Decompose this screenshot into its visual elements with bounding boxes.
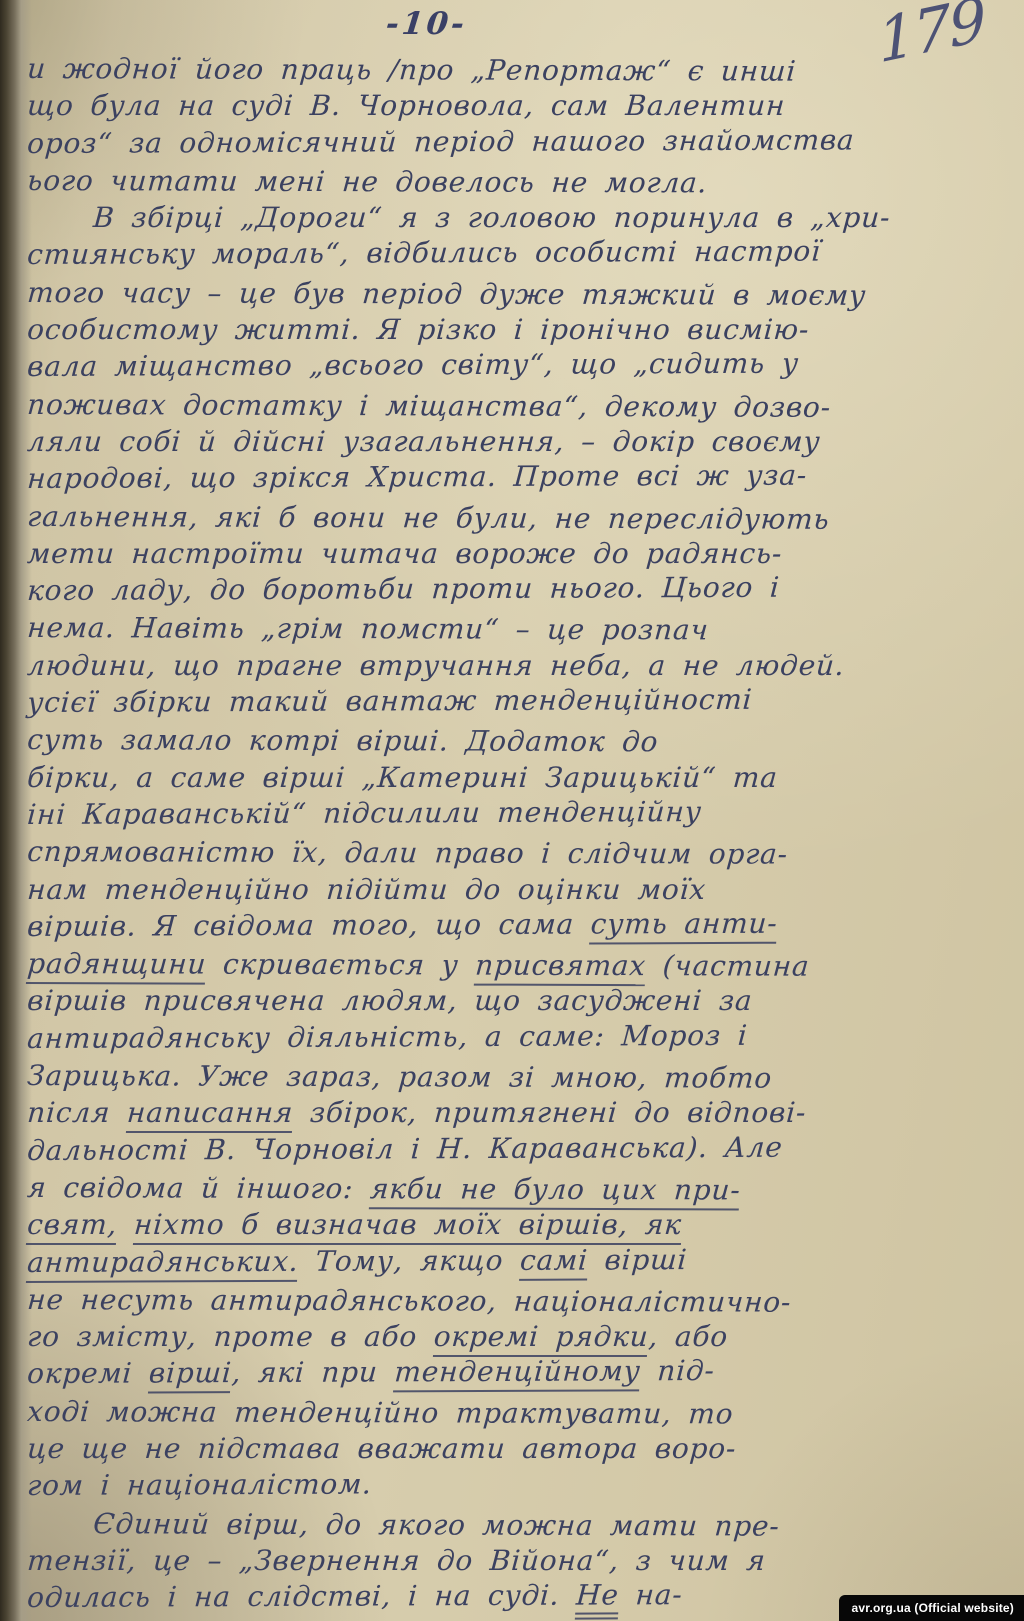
text-segment: особистому житті. Я різко і іронічно вис…	[26, 313, 810, 346]
text-segment: В збірці „Дороги“ я з головою поринула в…	[92, 201, 891, 234]
handwritten-line: нам тенденційно підійти до оцінки моїх	[26, 871, 1014, 908]
handwritten-line: усієї збірки такий вантаж тенденційності	[26, 680, 1014, 722]
handwritten-line: Зарицька. Уже зараз, разом зі мною, тобт…	[26, 1057, 1013, 1098]
text-segment	[116, 1208, 135, 1241]
text-segment: Єдиний вірш, до якого можна мати пре-	[92, 1507, 781, 1542]
text-segment: гом і націоналістом.	[26, 1468, 373, 1503]
text-segment: Не	[575, 1579, 620, 1620]
text-segment: стиянську мораль“, відбились особисті на…	[26, 235, 822, 271]
text-segment: того часу – це був період дуже тяжкий в …	[26, 276, 867, 312]
handwritten-line: це ще не підстава вважати автора воро-	[26, 1430, 1014, 1467]
handwritten-line: В збірці „Дороги“ я з головою поринула в…	[26, 199, 1014, 236]
text-segment: на-	[618, 1578, 684, 1611]
text-segment: якби не було цих при-	[369, 1172, 742, 1210]
text-segment: , які при	[231, 1356, 396, 1390]
handwritten-line: суть замало котрі вірші. Додаток до	[26, 721, 1013, 762]
text-segment: бірки, а саме вірші „Катерині Зарицькій“…	[26, 761, 779, 794]
text-segment: написання	[126, 1096, 295, 1133]
handwritten-line: ього читати мені не довелось не могла.	[26, 162, 1013, 203]
text-segment: кого ладу, до боротьби проти нього. Цьог…	[26, 571, 781, 607]
text-segment: свят,	[26, 1208, 119, 1245]
handwritten-line: після написання збірок, притягнені до ві…	[26, 1094, 1014, 1131]
text-segment: іні Караванській“ підсилили тенденційну	[26, 795, 703, 831]
handwritten-line: антирадянських. Тому, якщо самі вірші	[26, 1239, 1014, 1281]
text-segment: під-	[640, 1354, 716, 1387]
text-segment: після	[26, 1096, 128, 1129]
text-segment: поживах достатку і міщанства“, декому до…	[26, 388, 832, 424]
handwritten-line: дальності В. Чорновіл і Н. Караванська).…	[26, 1127, 1014, 1169]
text-segment: ніхто б визначав моїх віршів, як	[133, 1208, 683, 1245]
text-segment: що була на суді В. Чорновола, сам Валент…	[26, 89, 786, 122]
text-segment: вала міщанство „всього світу“, що „сидит…	[26, 347, 800, 383]
text-segment: я свідома й іншого:	[26, 1171, 371, 1205]
handwritten-line: що була на суді В. Чорновола, сам Валент…	[26, 87, 1014, 124]
text-segment: гальнення, які б вони не були, не пересл…	[26, 500, 831, 536]
text-segment: окремі	[26, 1357, 150, 1391]
handwritten-text-block: и жодної його праць /про „Репортаж“ є ин…	[26, 50, 1011, 1616]
handwritten-line: гальнення, які б вони не були, не пересл…	[26, 498, 1013, 539]
text-segment: Зарицька. Уже зараз, разом зі мною, тобт…	[26, 1059, 773, 1095]
text-segment: людини, що прагне втручання неба, а не л…	[26, 649, 846, 682]
handwritten-line: гом і націоналістом.	[26, 1463, 1014, 1505]
handwritten-line: того часу – це був період дуже тяжкий в …	[26, 274, 1013, 315]
handwritten-line: свят, ніхто б визначав моїх віршів, як	[26, 1206, 1014, 1243]
handwritten-line: ході можна тенденційно трактувати, то	[26, 1393, 1013, 1434]
watermark-label: avr.org.ua (Official website)	[839, 1595, 1024, 1621]
text-segment: не несуть антирадянського, націоналістич…	[26, 1283, 792, 1319]
text-segment: спрямованістю їх, дали право і слідчим о…	[26, 835, 789, 871]
text-segment: вірші	[148, 1356, 233, 1393]
handwritten-line: віршів. Я свідома того, що сама суть ант…	[26, 904, 1014, 946]
handwritten-line: іні Караванській“ підсилили тенденційну	[26, 792, 1014, 834]
text-segment: одилась і на слідстві, і на суді.	[26, 1579, 577, 1614]
text-segment: ляли собі й дійсні узагальнення, – докір…	[26, 425, 822, 458]
text-segment: тензії, це – „Звернення до Війона“, з чи…	[26, 1544, 767, 1577]
handwritten-line: окремі вірші, які при тенденційному під-	[26, 1351, 1014, 1393]
handwritten-line: радянщини скривається у присвятах (части…	[26, 945, 1013, 986]
text-segment: , або	[647, 1320, 729, 1353]
handwritten-line: особистому житті. Я різко і іронічно вис…	[26, 311, 1014, 348]
handwritten-line: бірки, а саме вірші „Катерині Зарицькій“…	[26, 759, 1014, 796]
handwritten-line: народові, що зрікся Христа. Проте всі ж …	[26, 456, 1014, 498]
text-segment: ороз“ за одномісячний період нашого знай…	[26, 123, 855, 160]
handwritten-line: мети настроїти читача вороже до радянсь-	[26, 535, 1014, 572]
text-segment: ході можна тенденційно трактувати, то	[26, 1395, 735, 1430]
handwritten-line: спрямованістю їх, дали право і слідчим о…	[26, 833, 1013, 874]
text-segment: мети настроїти читача вороже до радянсь-	[26, 537, 783, 570]
text-segment: дальності В. Чорновіл і Н. Караванська).…	[26, 1130, 784, 1166]
text-segment: це ще не підстава вважати автора воро-	[26, 1432, 737, 1465]
text-segment: и жодної його праць /про „Репортаж“ є ин…	[26, 52, 797, 88]
document-page: -10- 179 и жодної його праць /про „Репор…	[0, 0, 1024, 1621]
handwritten-line: людини, що прагне втручання неба, а не л…	[26, 647, 1014, 684]
text-segment: нема. Навіть „грім помсти“ – це розпач	[26, 611, 710, 646]
handwritten-line: вала міщанство „всього світу“, що „сидит…	[26, 344, 1014, 386]
text-segment: нам тенденційно підійти до оцінки моїх	[26, 873, 707, 906]
text-segment: скривається у	[205, 948, 476, 982]
text-segment: Тому, якщо	[298, 1243, 522, 1277]
text-segment: (частина	[645, 949, 811, 983]
text-segment: го змісту, проте в або	[26, 1320, 435, 1353]
text-segment: суть анти-	[589, 907, 778, 945]
handwritten-line: не несуть антирадянського, націоналістич…	[26, 1281, 1013, 1322]
text-segment: радянщини	[26, 947, 208, 985]
handwritten-line: и жодної його праць /про „Репортаж“ є ин…	[26, 50, 1013, 91]
handwritten-line: стиянську мораль“, відбились особисті на…	[26, 232, 1014, 274]
text-segment: антирадянських.	[26, 1244, 300, 1282]
handwritten-line: я свідома й іншого: якби не було цих при…	[26, 1169, 1013, 1210]
text-segment: народові, що зрікся Христа. Проте всі ж …	[26, 459, 808, 495]
handwritten-line: Єдиний вірш, до якого можна мати пре-	[26, 1505, 1013, 1546]
text-segment: самі	[519, 1243, 589, 1280]
handwritten-line: нема. Навіть „грім помсти“ – це розпач	[26, 609, 1013, 650]
text-segment: присвятах	[474, 949, 647, 987]
text-segment: збірок, притягнені до відпові-	[292, 1096, 807, 1129]
text-segment: вірші	[587, 1243, 689, 1276]
handwritten-line: віршів присвячена людям, що засуджені за	[26, 982, 1014, 1019]
text-segment: віршів присвячена людям, що засуджені за	[26, 984, 754, 1017]
page-number-header: -10-	[384, 6, 469, 43]
text-segment: тенденційному	[393, 1355, 642, 1393]
handwritten-line: антирадянську діяльність, а саме: Мороз …	[26, 1015, 1014, 1057]
handwritten-line: тензії, це – „Звернення до Війона“, з чи…	[26, 1542, 1014, 1579]
handwritten-line: поживах достатку і міщанства“, декому до…	[26, 386, 1013, 427]
handwritten-line: ороз“ за одномісячний період нашого знай…	[26, 120, 1014, 162]
text-segment: антирадянську діяльність, а саме: Мороз …	[26, 1019, 749, 1055]
text-segment: суть замало котрі вірші. Додаток до	[26, 723, 659, 758]
text-segment: віршів. Я свідома того, що сама	[26, 907, 592, 942]
handwritten-line: го змісту, проте в або окремі рядки, або	[26, 1318, 1014, 1355]
handwritten-line: ляли собі й дійсні узагальнення, – докір…	[26, 423, 1014, 460]
handwritten-line: кого ладу, до боротьби проти нього. Цьог…	[26, 568, 1014, 610]
text-segment: усієї збірки такий вантаж тенденційності	[26, 683, 753, 719]
text-segment: ього читати мені не довелось не могла.	[26, 164, 708, 199]
